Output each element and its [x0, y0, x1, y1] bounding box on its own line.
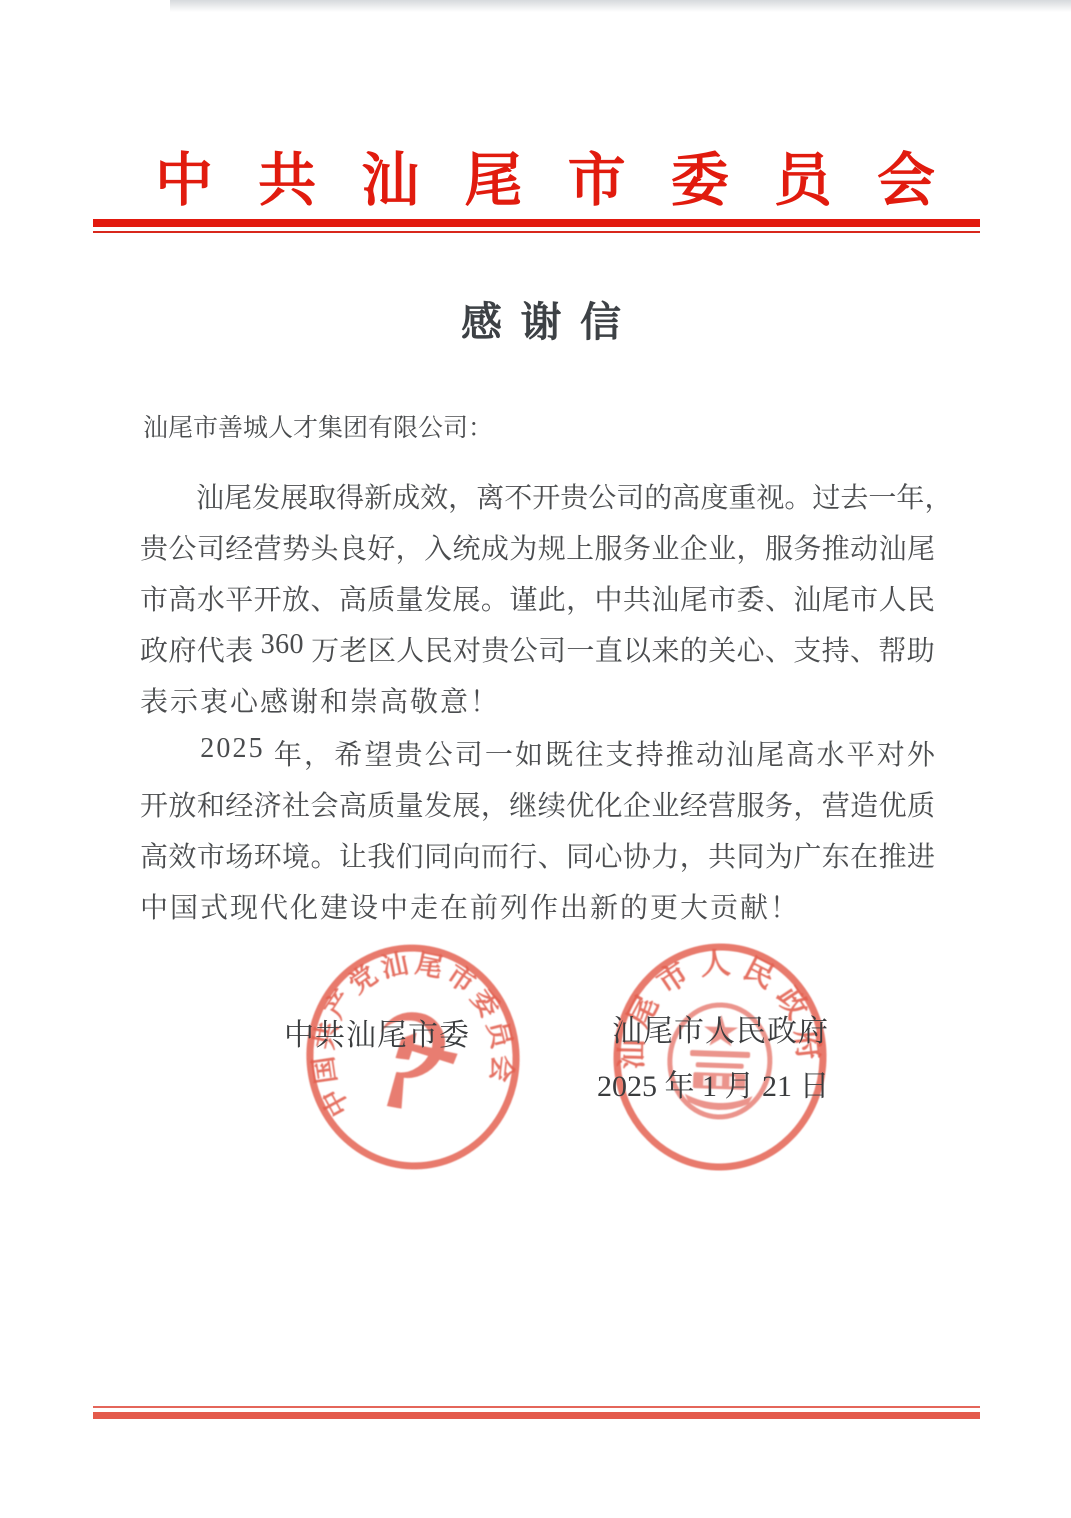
signature-date: 2025 年 1 月 21 日: [597, 1061, 830, 1105]
body-line: 高效市场环境。让我们同向而行、同心协力，共同为广东在推进: [140, 835, 935, 875]
footer-rule-thin: [93, 1406, 980, 1408]
gov-signature: 汕尾市人民政府: [612, 1006, 829, 1050]
footer-rule-thick: [93, 1412, 980, 1419]
letter-title: 感谢信: [461, 294, 621, 342]
org-header: 中共汕尾市委员会: [155, 140, 935, 210]
header-rule-thick: [93, 219, 980, 227]
body-line: 政府代表 360 万老区人民对贵公司一直以来的关心、支持、帮助: [140, 629, 935, 669]
body-line: 汕尾发展取得新成效，离不开贵公司的高度重视。过去一年，: [140, 476, 935, 516]
party-seal-stamp: 中国共产党汕尾市委员会 ☭: [288, 928, 539, 1186]
body-line: 2025 年，希望贵公司一如既往支持推动汕尾高水平对外: [140, 733, 935, 773]
scan-artifact: [170, 0, 1071, 12]
letter-page: 中共汕尾市委员会 感谢信 汕尾市善城人才集团有限公司： 汕尾发展取得新成效，离不…: [0, 0, 1071, 1518]
body-line: 表示衷心感谢和崇高敬意！: [140, 680, 935, 720]
body-line: 市高水平开放、高质量发展。谨此，中共汕尾市委、汕尾市人民: [140, 578, 935, 618]
body-line: 中国式现代化建设中走在前列作出新的更大贡献！: [140, 886, 935, 926]
party-signature: 中共汕尾市委: [284, 1010, 470, 1054]
body-line: 开放和经济社会高质量发展，继续优化企业经营服务，营造优质: [140, 784, 935, 824]
government-seal-stamp: 汕尾市人民政府: [604, 937, 836, 1177]
header-rule-thin: [93, 231, 980, 233]
salutation-line: 汕尾市善城人才集团有限公司：: [143, 408, 938, 444]
hammer-sickle-icon: ☭: [335, 973, 489, 1143]
body-line: 贵公司经营势头良好，入统成为规上服务业企业，服务推动汕尾: [140, 527, 935, 567]
